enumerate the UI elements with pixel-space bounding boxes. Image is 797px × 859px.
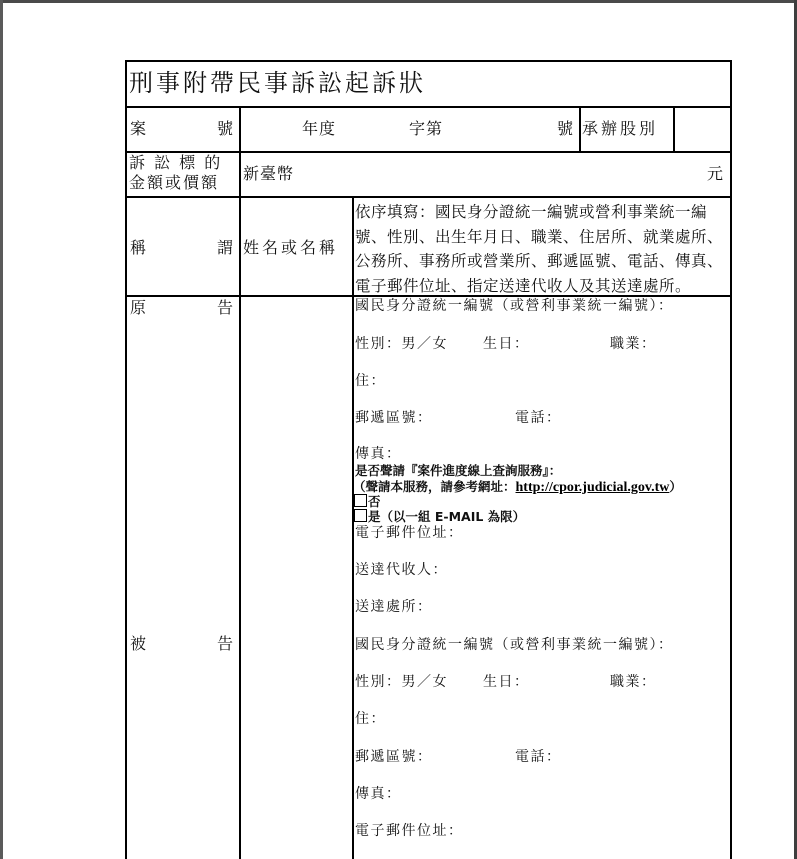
defendant-postal-label: 郵遞區號： [355,747,433,767]
column-divider [673,106,675,151]
plaintiff-email-label: 電子郵件位址： [355,523,464,543]
online-service-note: （聲請本服務，請參考網址：http://cpor.judicial.gov.tw… [353,479,682,495]
online-service-note-suffix: ） [669,479,682,494]
online-service-question: 是否聲請『案件進度線上查詢服務』： [355,463,561,478]
plaintiff-phone-label: 電話： [515,408,562,428]
option-no-label: 否 [368,494,381,509]
plaintiff-address-label: 住： [355,371,386,391]
plaintiff-birthday-label: 生日： [483,334,530,354]
defendant-label-left: 被 [130,634,147,654]
currency-label: 新臺幣 [243,164,294,184]
row-divider [125,106,731,108]
plaintiff-name-field[interactable] [243,300,349,630]
case-year-label: 年度 [302,119,336,139]
title-label-left: 稱 [130,238,147,258]
option-yes-label: 是（以一組 E-MAIL 為限） [368,509,525,524]
viewer-frame-left [0,0,3,859]
plaintiff-service-address-label: 送達處所： [355,597,433,617]
fill-instructions: 依序填寫：國民身分證統一編號或營利事業統一編號、性別、出生年月日、職業、住居所、… [355,200,731,298]
title-label-right: 謂 [217,238,234,258]
form-title: 刑事附帶民事訴訟起訴狀 [129,68,426,98]
case-word-label: 字第 [409,119,443,139]
online-service-link[interactable]: http://cpor.judicial.gov.tw [516,480,670,495]
plaintiff-label-right: 告 [217,298,234,318]
claim-amount-label-line2: 金額或價額 [129,173,219,193]
table-border-left [125,60,127,859]
defendant-phone-label: 電話： [515,747,562,767]
column-divider [239,106,241,859]
defendant-birthday-label: 生日： [483,672,530,692]
claim-amount-label-line1: 訴 訟 標 的 [129,153,222,173]
column-divider [352,196,354,859]
online-service-option-no[interactable]: 否 [354,494,381,509]
defendant-name-field[interactable] [243,636,349,856]
case-number-label-left: 案 [130,119,147,139]
plaintiff-id-label: 國民身分證統一編號（或營利事業統一編號）： [355,296,674,316]
plaintiff-fax-label: 傳真： [355,444,402,464]
claim-amount-field[interactable] [300,156,700,192]
name-column-header: 姓名或名稱 [243,238,338,258]
row-divider [125,196,731,198]
case-number-label-right: 號 [217,119,234,139]
online-service-option-yes[interactable]: 是（以一組 E-MAIL 為限） [354,509,525,524]
defendant-id-label: 國民身分證統一編號（或營利事業統一編號）： [355,635,674,655]
checkbox-no[interactable] [354,494,367,507]
column-divider [579,106,581,151]
defendant-fax-label: 傳真： [355,784,402,804]
defendant-label-right: 告 [217,634,234,654]
viewer-frame-top [0,0,797,3]
defendant-occupation-label: 職業： [610,672,657,692]
defendant-email-label: 電子郵件位址： [355,821,464,841]
plaintiff-occupation-label: 職業： [610,334,657,354]
plaintiff-label-left: 原 [130,298,147,318]
online-service-note-prefix: （聲請本服務，請參考網址： [353,479,516,494]
case-number-suffix: 號 [557,119,574,139]
defendant-gender-label: 性別：男／女 [355,672,448,692]
division-field[interactable] [676,109,728,149]
division-label: 承辦股別 [582,119,658,139]
plaintiff-postal-label: 郵遞區號： [355,408,433,428]
defendant-address-label: 住： [355,709,386,729]
table-border-top [125,60,731,62]
currency-unit: 元 [707,164,724,184]
table-border-right [730,60,732,859]
checkbox-yes[interactable] [354,509,367,522]
plaintiff-gender-label: 性別：男／女 [355,334,448,354]
plaintiff-agent-label: 送達代收人： [355,560,448,580]
